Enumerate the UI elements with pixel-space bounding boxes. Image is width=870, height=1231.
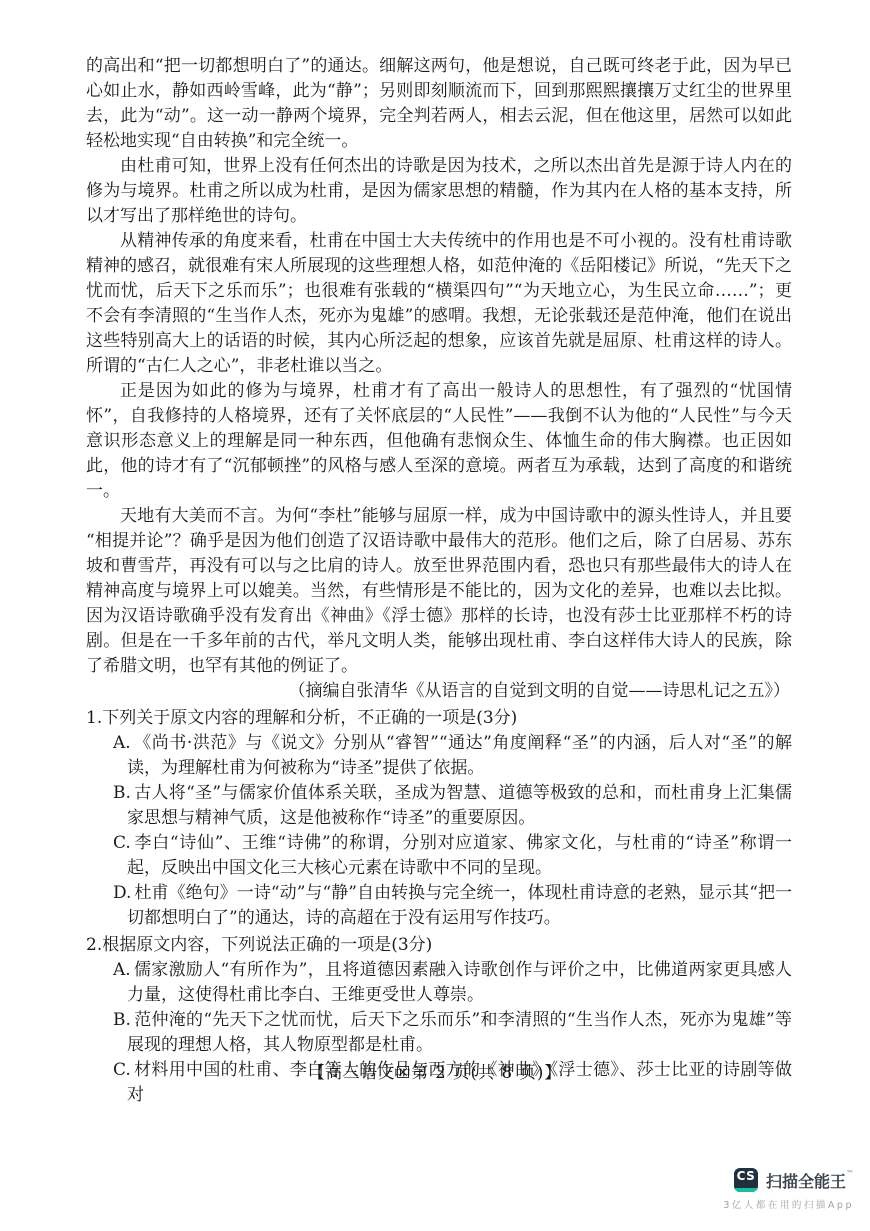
scanner-watermark: CS 扫描全能王™ 3亿人都在用的扫描App <box>664 1168 854 1211</box>
passage-paragraph: 天地有大美而不言。为何“李杜”能够与屈原一样，成为中国诗歌中的源头性诗人，并且要… <box>86 504 792 679</box>
question-1-option-c: C.李白“诗仙”、王维“诗佛”的称谓，分别对应道家、佛家文化，与杜甫的“诗圣”称… <box>86 831 792 881</box>
app-name-text: 扫描全能王 <box>766 1172 846 1191</box>
exam-scan-page: 的高出和“把一切都想明白了”的通达。细解这两句，他是想说，自己既可终老于此，因为… <box>0 0 870 1231</box>
question-1-option-b: B.古人将“圣”与儒家价值体系关联，圣成为智慧、道德等极致的总和，而杜甫身上汇集… <box>86 781 792 831</box>
logo-accent-strip <box>734 1188 758 1192</box>
option-label: C. <box>113 833 134 853</box>
option-label: A. <box>113 733 134 753</box>
trademark-symbol: ™ <box>846 1169 854 1178</box>
camscanner-logo-letters: CS <box>734 1169 758 1183</box>
question-1: 1.下列关于原文内容的理解和分析，不正确的一项是(3分) A.《尚书·洪范》与《… <box>86 706 792 931</box>
question-1-option-d: D.杜甫《绝句》一诗“动”与“静”自由转换与完全统一，体现杜甫诗意的老熟，显示其… <box>86 881 792 931</box>
option-label: D. <box>113 883 134 903</box>
question-2-option-b: B.范仲淹的“先天下之忧而忧，后天下之乐而乐”和李清照的“生当作人杰，死亦为鬼雄… <box>86 1008 792 1058</box>
option-text: 范仲淹的“先天下之忧而忧，后天下之乐而乐”和李清照的“生当作人杰，死亦为鬼雄”等… <box>127 1010 792 1055</box>
passage-paragraph: 从精神传承的角度来看，杜甫在中国士大夫传统中的作用也是不可小视的。没有杜甫诗歌精… <box>86 229 792 379</box>
reading-passage: 的高出和“把一切都想明白了”的通达。细解这两句，他是想说，自己既可终老于此，因为… <box>86 54 792 1108</box>
question-1-option-a: A.《尚书·洪范》与《说文》分别从“睿智”“通达”角度阐释“圣”的内涵，后人对“… <box>86 731 792 781</box>
option-label: A. <box>113 960 134 980</box>
question-2-stem: 2.根据原文内容，下列说法正确的一项是(3分) <box>86 933 792 958</box>
passage-paragraph: 的高出和“把一切都想明白了”的通达。细解这两句，他是想说，自己既可终老于此，因为… <box>86 54 792 154</box>
scanner-app-tagline: 3亿人都在用的扫描App <box>664 1197 854 1211</box>
option-label: B. <box>113 1010 134 1030</box>
option-label: B. <box>113 783 134 803</box>
passage-paragraph: 由杜甫可知，世界上没有任何杰出的诗歌是因为技术，之所以杰出首先是源于诗人内在的修… <box>86 154 792 229</box>
option-text: 古人将“圣”与儒家价值体系关联，圣成为智慧、道德等极致的总和，而杜甫身上汇集儒家… <box>127 783 792 828</box>
question-2-option-a: A.儒家激励人“有所作为”，且将道德因素融入诗歌创作与评价之中，比佛道两家更具感… <box>86 958 792 1008</box>
option-text: 李白“诗仙”、王维“诗佛”的称谓，分别对应道家、佛家文化，与杜甫的“诗圣”称谓一… <box>127 833 792 878</box>
option-text: 儒家激励人“有所作为”，且将道德因素融入诗歌创作与评价之中，比佛道两家更具感人力… <box>127 960 792 1005</box>
question-1-stem: 1.下列关于原文内容的理解和分析，不正确的一项是(3分) <box>86 706 792 731</box>
page-number-label: 【高三语文☒第 2 页(共 8 页)】 <box>308 1063 562 1082</box>
scanner-app-name: 扫描全能王™ <box>766 1169 854 1192</box>
passage-attribution: （摘编自张清华《从语言的自觉到文明的自觉——诗思札记之五》） <box>86 679 792 704</box>
page-footer: 【高三语文☒第 2 页(共 8 页)】 <box>0 1059 870 1083</box>
option-text: 杜甫《绝句》一诗“动”与“静”自由转换与完全统一，体现杜甫诗意的老熟，显示其“把… <box>127 883 792 928</box>
option-text: 《尚书·洪范》与《说文》分别从“睿智”“通达”角度阐释“圣”的内涵，后人对“圣”… <box>127 733 792 778</box>
camscanner-logo-icon: CS <box>734 1168 758 1192</box>
passage-paragraph: 正是因为如此的修为与境界，杜甫才有了高出一般诗人的思想性，有了强烈的“忧国情怀”… <box>86 379 792 504</box>
